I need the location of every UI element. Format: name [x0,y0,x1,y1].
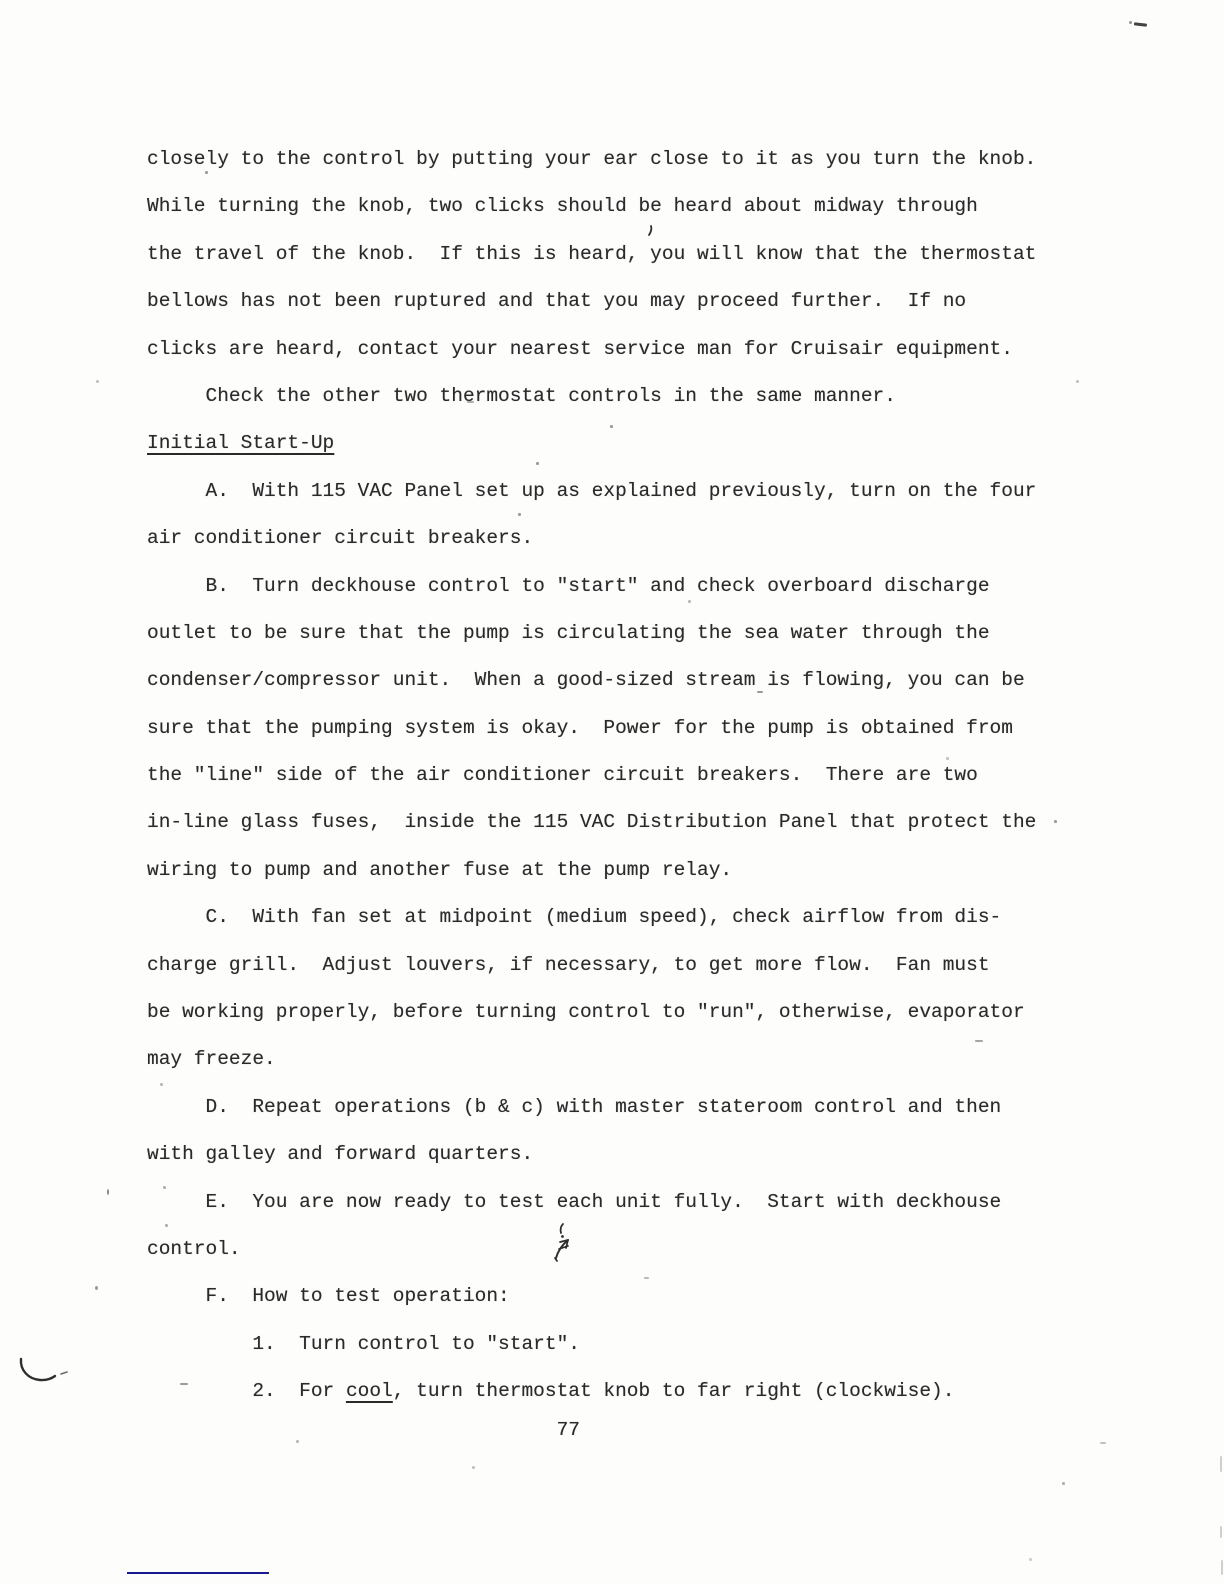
ink-speck [1129,21,1132,24]
ink-speck [107,1189,109,1195]
text-line: wiring to pump and another fuse at the p… [147,847,1107,894]
text-segment: may freeze. [147,1048,276,1070]
text-segment: with galley and forward quarters. [147,1143,533,1165]
text-line: bellows has not been ruptured and that y… [147,278,1107,325]
underlined-text: Initial Start-Up [147,432,334,454]
text-line: 1. Turn control to "start". [147,1321,1107,1368]
ink-speck [96,380,99,383]
ink-speck [536,462,539,465]
underlined-text: cool [346,1380,393,1402]
stray-apostrophe-mark [646,224,656,238]
text-segment: bellows has not been ruptured and that y… [147,290,966,312]
pen-curve-mark [17,1352,73,1390]
text-segment: 2. For [147,1380,346,1402]
text-segment: 77 [147,1419,580,1441]
section-heading: Initial Start-Up [147,420,1107,467]
ink-speck [180,1383,188,1385]
text-segment: wiring to pump and another fuse at the p… [147,859,732,881]
text-line: D. Repeat operations (b & c) with master… [147,1084,1107,1131]
scan-edge-artifact [1220,1456,1222,1472]
ink-speck [160,1083,163,1086]
ink-speck [1076,380,1079,383]
text-line: While turning the knob, two clicks shoul… [147,183,1107,230]
ink-speck [95,1286,98,1290]
text-segment: C. With fan set at midpoint (medium spee… [147,906,1001,928]
text-line: clicks are heard, contact your nearest s… [147,326,1107,373]
text-segment: outlet to be sure that the pump is circu… [147,622,990,644]
document-page: closely to the control by putting your e… [0,0,1224,1584]
text-line: be working properly, before turning cont… [147,989,1107,1036]
text-line: in-line glass fuses, inside the 115 VAC … [147,799,1107,846]
ink-speck [975,1040,983,1042]
text-line: the travel of the knob. If this is heard… [147,231,1107,278]
text-line: closely to the control by putting your e… [147,136,1107,183]
text-line: Check the other two thermostat controls … [147,373,1107,420]
text-segment: B. Turn deckhouse control to "start" and… [147,575,990,597]
ink-speck [946,757,949,760]
text-segment: While turning the knob, two clicks shoul… [147,195,978,217]
text-line: F. How to test operation: [147,1273,1107,1320]
text-line: the "line" side of the air conditioner c… [147,752,1107,799]
text-line: E. You are now ready to test each unit f… [147,1179,1107,1226]
text-segment: condenser/compressor unit. When a good-s… [147,669,1025,691]
ink-speck [472,1466,475,1469]
text-segment: F. How to test operation: [147,1285,510,1307]
text-line: C. With fan set at midpoint (medium spee… [147,894,1107,941]
ink-speck [1062,1482,1065,1485]
text-line: with galley and forward quarters. [147,1131,1107,1178]
ink-speck [610,425,613,428]
text-line: charge grill. Adjust louvers, if necessa… [147,942,1107,989]
text-line: outlet to be sure that the pump is circu… [147,610,1107,657]
scan-edge-artifact [1221,1560,1223,1575]
text-segment: clicks are heard, contact your nearest s… [147,338,1013,360]
text-segment: A. With 115 VAC Panel set up as explaine… [147,480,1036,502]
ink-speck [688,600,691,603]
text-segment: charge grill. Adjust louvers, if necessa… [147,954,990,976]
text-segment: the "line" side of the air conditioner c… [147,764,978,786]
text-line: A. With 115 VAC Panel set up as explaine… [147,468,1107,515]
ink-speck [644,1277,649,1279]
ink-speck [757,691,763,693]
ink-speck [467,401,474,403]
ink-speck [1100,1442,1106,1444]
text-segment: D. Repeat operations (b & c) with master… [147,1096,1001,1118]
ink-speck [1029,1558,1032,1561]
scan-edge-artifact [1220,1526,1222,1538]
ink-tick-mark [1134,22,1147,26]
text-line: B. Turn deckhouse control to "start" and… [147,563,1107,610]
text-segment: in-line glass fuses, inside the 115 VAC … [147,811,1036,833]
text-segment: control. [147,1238,241,1260]
ink-speck [205,171,208,174]
text-segment: air conditioner circuit breakers. [147,527,533,549]
ink-speck [296,1440,299,1443]
ink-speck [1054,820,1057,823]
text-segment: 1. Turn control to "start". [147,1333,580,1355]
text-segment: be working properly, before turning cont… [147,1001,1025,1023]
ink-speck [163,1186,166,1189]
text-segment: , turn thermostat knob to far right (clo… [393,1380,955,1402]
text-line: condenser/compressor unit. When a good-s… [147,657,1107,704]
text-segment: Check the other two thermostat controls … [147,385,896,407]
ink-speck [165,1224,168,1227]
pen-scribble-mark [551,1220,575,1262]
document-body: closely to the control by putting your e… [147,136,1107,1454]
text-line: air conditioner circuit breakers. [147,515,1107,562]
text-segment: the travel of the knob. If this is heard… [147,243,1036,265]
text-line: control. [147,1226,1107,1273]
text-segment: closely to the control by putting your e… [147,148,1036,170]
text-line: may freeze. [147,1036,1107,1083]
blue-ink-line [127,1572,269,1574]
text-segment: sure that the pumping system is okay. Po… [147,717,1013,739]
text-segment: E. You are now ready to test each unit f… [147,1191,1001,1213]
ink-speck [518,513,521,516]
text-line: sure that the pumping system is okay. Po… [147,705,1107,752]
